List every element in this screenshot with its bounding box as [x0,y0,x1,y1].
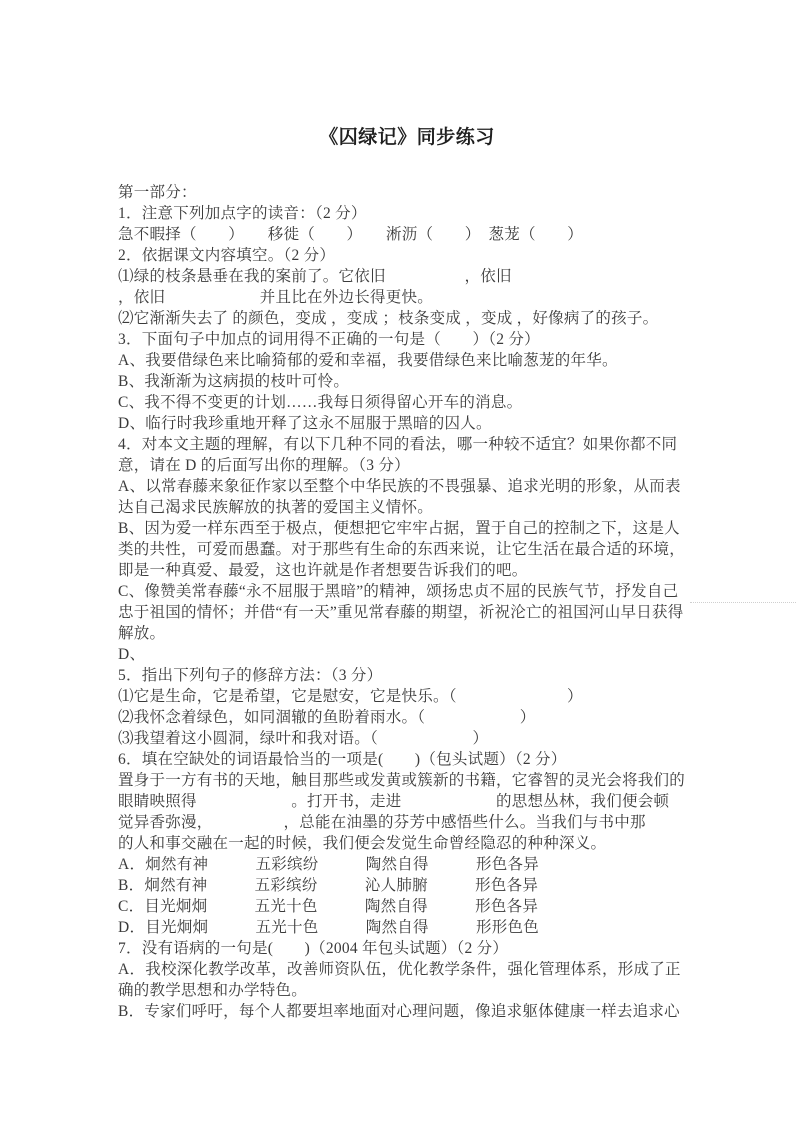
text-line: A、我要借绿色来比喻猗郁的爱和幸福，我要借绿色来比喻葱茏的年华。 [118,350,696,371]
text-line: D、临行时我珍重地开释了这永不屈服于黑暗的囚人。 [118,413,696,434]
text-line: 7．没有语病的一句是( )（2004 年包头试题）（2 分） [118,938,696,959]
text-line: 意，请在 D 的后面写出你的理解。（3 分） [118,455,696,476]
text-line: 确的教学思想和办学特色。 [118,980,696,1001]
document-title: 《囚绿记》同步练习 [118,126,696,149]
text-line: 忠于祖国的情怀；并借“有一天”重见常春藤的期望，祈祝沦亡的祖国河山早日获得 [118,602,696,623]
text-line: 5．指出下列句子的修辞方法：（3 分） [118,665,696,686]
text-line: 的人和事交融在一起的时候，我们便会发觉生命曾经隐忍的种种深义。 [118,833,696,854]
text-line: 急不暇择（ ） 移徙（ ） 淅沥（ ） 葱茏（ ） [118,224,696,245]
text-line: C．目光炯炯 五光十色 陶然自得 形色各异 [118,896,696,917]
text-line: 即是一种真爱、最爱，这也许就是作者想要告诉我们的吧。 [118,560,696,581]
text-line: 1．注意下列加点字的读音：（2 分） [118,203,696,224]
text-line: 觉异香弥漫， ，总能在油墨的芬芳中感悟些什么。当我们与书中那 [118,812,696,833]
text-line: 达自己渴求民族解放的执著的爱国主义情怀。 [118,497,696,518]
text-line: 2．依据课文内容填空。（2 分） [118,245,696,266]
text-line: ，依旧 并且比在外边长得更快。 [118,287,696,308]
text-line: 4．对本文主题的理解，有以下几种不同的看法，哪一种较不适宜？如果你都不同 [118,434,696,455]
text-line: 3．下面句子中加点的词用得不正确的一句是（ ）（2 分） [118,329,696,350]
text-line: 第一部分： [118,182,696,203]
text-line: C、我不得不变更的计划……我每日须得留心开车的消息。 [118,392,696,413]
text-line: B、我渐渐为这病损的枝叶可怜。 [118,371,696,392]
text-line: D．目光炯炯 五光十色 陶然自得 形形色色 [118,917,696,938]
text-line: A．炯然有神 五彩缤纷 陶然自得 形色各异 [118,854,696,875]
text-line: B、因为爱一样东西至于极点，便想把它牢牢占据，置于自己的控制之下，这是人 [118,518,696,539]
text-line: ⑴它是生命，它是希望，它是慰安，它是快乐。（ ） [118,686,696,707]
text-line: 解放。 [118,623,696,644]
text-line: 眼睛映照得 。打开书，走进 的思想丛林，我们便会顿 [118,791,696,812]
text-line: ⑵我怀念着绿色，如同涸辙的鱼盼着雨水。（ ） [118,707,696,728]
text-line: A．我校深化教学改革，改善师资队伍，优化教学条件，强化管理体系，形成了正 [118,959,696,980]
text-line: ⑴绿的枝条悬垂在我的案前了。它依旧 ，依旧 [118,266,696,287]
text-line: B．专家们呼吁，每个人都要坦率地面对心理问题，像追求躯体健康一样去追求心 [118,1001,696,1022]
text-line: 类的共性，可爱而愚蠢。对于那些有生命的东西来说，让它生活在最合适的环境， [118,539,696,560]
text-line: B．炯然有神 五彩缤纷 沁人肺腑 形色各异 [118,875,696,896]
text-line: 置身于一方有书的天地，触目那些或发黄或簇新的书籍，它睿智的灵光会将我们的 [118,770,696,791]
scan-artifact-dotted-line [690,602,796,603]
text-line: D、 [118,644,696,665]
text-line: ⑶我望着这小圆洞，绿叶和我对语。（ ） [118,728,696,749]
document-page: 《囚绿记》同步练习 第一部分：1．注意下列加点字的读音：（2 分）急不暇择（ ）… [118,126,696,1022]
text-line: 6．填在空缺处的词语最恰当的一项是( )（包头试题）（2 分） [118,749,696,770]
document-body: 第一部分：1．注意下列加点字的读音：（2 分）急不暇择（ ） 移徙（ ） 淅沥（… [118,182,696,1022]
text-line: ⑵它渐渐失去了 的颜色，变成 ，变成 ；枝条变成 ，变成 ，好像病了的孩子。 [118,308,696,329]
text-line: A、以常春藤来象征作家以至整个中华民族的不畏强暴、追求光明的形象，从而表 [118,476,696,497]
text-line: C、像赞美常春藤“永不屈服于黑暗”的精神，颂扬忠贞不屈的民族气节，抒发自己 [118,581,696,602]
